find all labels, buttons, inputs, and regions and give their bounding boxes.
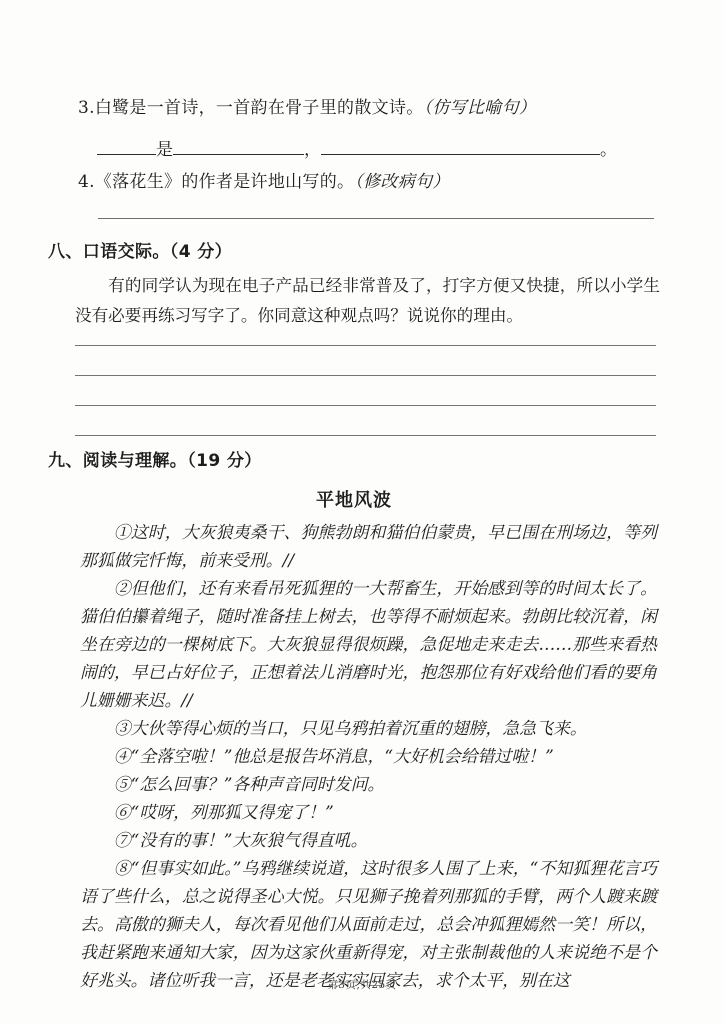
blank-comma: ， <box>304 140 321 160</box>
section-reading-heading: 九、阅读与理解。（19 分） <box>48 446 660 476</box>
question-4-answer-line <box>98 210 654 219</box>
question-4-note: （修改病句） <box>354 172 449 192</box>
blank-period: 。 <box>600 140 617 160</box>
question-3-text: 白鹭是一首诗，一首韵在骨子里的散文诗。 <box>95 98 424 118</box>
passage-paragraph-4: ④“全落空啦！”他总是报告坏消息，“大好机会给错过啦！” <box>80 742 657 770</box>
question-3-number: 3. <box>78 98 95 118</box>
page-content: 3.白鹭是一首诗，一首韵在骨子里的散文诗。（仿写比喻句） 是，。 4.《落花生》… <box>48 94 660 994</box>
passage-paragraph-3: ③大伙等得心烦的当口，只见乌鸦拍着沉重的翅膀，急急飞来。 <box>80 714 657 742</box>
question-3: 3.白鹭是一首诗，一首韵在骨子里的散文诗。（仿写比喻句） <box>78 94 660 122</box>
answer-line-4 <box>75 406 656 436</box>
question-3-answer-blanks: 是，。 <box>97 130 660 162</box>
passage-title: 平地风波 <box>48 486 660 516</box>
passage-paragraph-8: ⑧“但事实如此。”乌鸦继续说道，这时很多人围了上来，“不知狐狸花言巧语了些什么，… <box>80 854 657 994</box>
passage-paragraph-5: ⑤“怎么回事？”各种声音同时发问。 <box>80 770 657 798</box>
question-4: 4.《落花生》的作者是许地山写的。（修改病句） <box>78 168 660 196</box>
fill-blank-3 <box>321 130 600 155</box>
exam-page: 3.白鹭是一首诗，一首韵在骨子里的散文诗。（仿写比喻句） 是，。 4.《落花生》… <box>0 0 724 1024</box>
answer-line-1 <box>75 331 656 346</box>
reading-passage: ①这时，大灰狼夷桑干、狗熊勃朗和猫伯伯蒙贵，早已围在刑场边，等列那狐做完忏悔，前… <box>80 518 657 994</box>
section-oral-heading: 八、口语交际。（4 分） <box>48 237 660 267</box>
fill-blank-1 <box>97 130 156 155</box>
question-4-number: 4. <box>78 172 95 192</box>
question-4-text: 《落花生》的作者是许地山写的。 <box>95 172 355 192</box>
passage-paragraph-6: ⑥“哎呀，列那狐又得宠了！” <box>80 798 657 826</box>
question-3-note: （仿写比喻句） <box>424 98 537 118</box>
page-footer: 第3页,共25页 <box>0 977 724 992</box>
passage-paragraph-7: ⑦“没有的事！”大灰狼气得直吼。 <box>80 826 657 854</box>
passage-paragraph-2: ②但他们，还有来看吊死狐狸的一大帮畜生，开始感到等的时间太长了。猫伯伯攥着绳子，… <box>80 574 657 714</box>
answer-line-3 <box>75 376 656 406</box>
oral-prompt-paragraph: 有的同学认为现在电子产品已经非常普及了，打字方便又快捷，所以小学生没有必要再练习… <box>75 271 660 331</box>
answer-line-2 <box>75 346 656 376</box>
fill-blank-2 <box>173 130 304 155</box>
passage-paragraph-1: ①这时，大灰狼夷桑干、狗熊勃朗和猫伯伯蒙贵，早已围在刑场边，等列那狐做完忏悔，前… <box>80 518 657 574</box>
blank-connector: 是 <box>156 140 173 160</box>
